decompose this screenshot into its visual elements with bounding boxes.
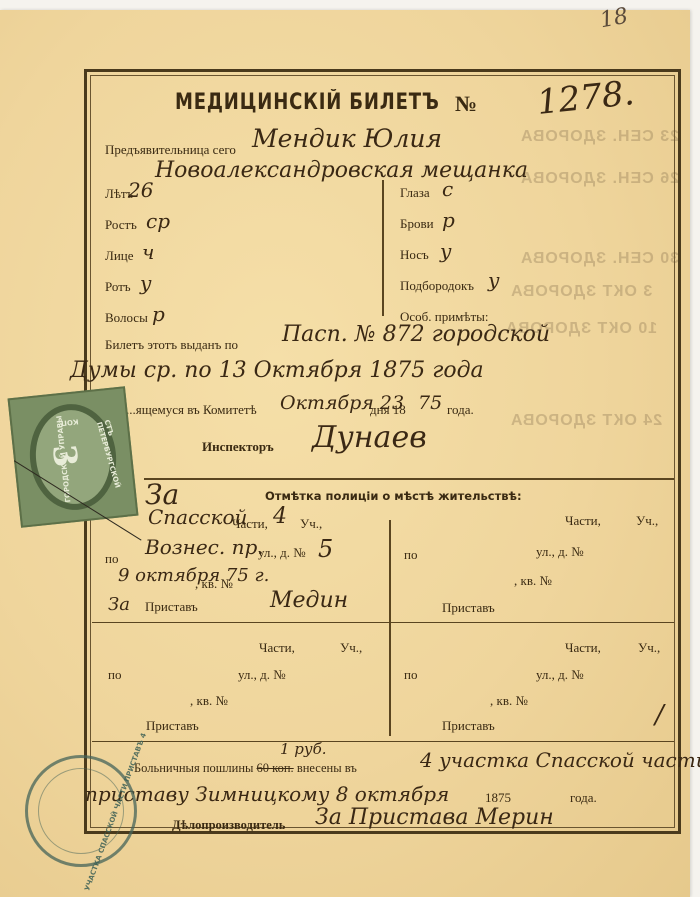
field-value-face: ч — [142, 240, 154, 264]
police-cell4-pristav: Приставъ — [442, 718, 495, 734]
year-hand: 75 — [418, 392, 442, 414]
police-cell1-part-label: Части, — [232, 516, 268, 532]
field-label-mouth: Ротъ — [105, 279, 131, 295]
field-value-height: ср — [146, 209, 170, 233]
column-divider — [382, 180, 384, 316]
police-cell2-part-label: Части, — [565, 513, 601, 529]
field-label-height: Ростъ — [105, 217, 137, 233]
police-cell3-part-label: Части, — [259, 640, 295, 656]
section-divider — [144, 478, 674, 480]
police-cell2-po: по — [404, 547, 417, 563]
bearer-description: Новоалександровская мещанка — [155, 158, 528, 183]
police-cell2-uch-label: Уч., — [636, 513, 658, 529]
police-cell2-pristav: Приставъ — [442, 600, 495, 616]
police-cell1-prefix: За — [108, 594, 130, 615]
year-suffix: года. — [447, 402, 474, 418]
police-cell2-house-label: ул., д. № — [536, 544, 584, 560]
day-label: дня 18 — [370, 402, 406, 418]
police-cell1-house: 5 — [318, 535, 333, 563]
fee-hand-line1: 4 участка Спасской части — [420, 748, 700, 772]
revenue-stamp: 3 ГОРОДСКОЙ УПРАВЫ СТЪ ПЕТЕРБУРГСКОЙ КОП… — [8, 386, 139, 528]
police-cell3-pristav: Приставъ — [146, 718, 199, 734]
field-value-mouth: у — [140, 271, 152, 295]
fee-hand-line2: приставу Зимницкому 8 октября — [85, 782, 449, 806]
fee-year: 1875 — [485, 790, 511, 806]
page-number: 18 — [598, 4, 630, 33]
field-value-hair: р — [152, 302, 165, 326]
field-value-eyes: с — [442, 177, 453, 201]
field-label-chin: Подбородокъ — [400, 278, 474, 294]
field-value-nose: у — [440, 239, 452, 263]
margin-mark: / — [655, 700, 664, 730]
clerk-signature: За Пристава Мерин — [315, 805, 554, 830]
field-label-brows: Брови — [400, 216, 434, 232]
police-cell2-apt-label: , кв. № — [514, 573, 552, 589]
field-value-age: 26 — [128, 178, 153, 202]
police-cell4-part-label: Части, — [565, 640, 601, 656]
field-value-brows: р — [442, 208, 455, 232]
police-cell1-uch: 4 — [273, 504, 287, 529]
police-cell3-uch-label: Уч., — [340, 640, 362, 656]
clerk-label: Дѣлопроизводитель — [172, 818, 285, 833]
committee-label: ...ящемуся въ Комитетѣ — [126, 402, 257, 418]
fee-mid: внесены въ — [297, 761, 357, 775]
field-label-nose: Носъ — [400, 247, 429, 263]
field-value-chin: у — [488, 268, 500, 292]
police-vertical-divider — [389, 520, 391, 736]
police-seal: УЧАСТКА СПАССКОЙ ЧАСТИ ПРИСТАВЪ 4 — [25, 755, 137, 867]
police-cell1-po: по — [105, 551, 118, 567]
field-label-face: Лице — [105, 248, 134, 264]
police-cell4-house-label: ул., д. № — [536, 667, 584, 683]
police-cell1-signature: Медин — [270, 588, 348, 613]
fee-prefix: Больничныя пошлины — [134, 761, 253, 775]
police-cell1-date: 9 октября 75 г. — [118, 565, 269, 586]
number-label: № — [455, 91, 477, 117]
police-cell4-uch-label: Уч., — [638, 640, 660, 656]
issued-line1: Пасп. № 872 городской — [282, 322, 550, 347]
police-cell1-uch-label: Уч., — [300, 516, 322, 532]
police-cell4-po: по — [404, 667, 417, 683]
police-cell3-apt-label: , кв. № — [190, 693, 228, 709]
fee-struck-amount: 60 коп. — [257, 761, 294, 775]
fee-label: Больничныя пошлины 60 коп. внесены въ — [134, 761, 357, 776]
issued-line2: Думы ср. по 13 Октября 1875 года — [70, 358, 484, 383]
fee-year-suffix: года. — [570, 790, 597, 806]
police-cell3-house-label: ул., д. № — [238, 667, 286, 683]
field-label-eyes: Глаза — [400, 185, 430, 201]
fee-amount-hand: 1 руб. — [280, 740, 327, 758]
inspector-label: Инспекторъ — [202, 439, 274, 455]
fee-divider — [92, 741, 674, 742]
inspector-signature: Дунаев — [312, 420, 427, 455]
police-horizontal-divider — [92, 622, 674, 623]
field-label-hair: Волосы — [105, 310, 148, 326]
police-cell3-po: по — [108, 667, 121, 683]
police-heading: Отмѣтка полиціи о мѣстѣ жительствѣ: — [265, 489, 522, 503]
police-cell4-apt-label: , кв. № — [490, 693, 528, 709]
police-cell1-house-label: ул., д. № — [258, 545, 306, 561]
bearer-label: Предъявительница сего — [105, 142, 236, 158]
issued-label: Билетъ этотъ выданъ по — [105, 337, 238, 353]
bearer-name: Мендик Юлия — [252, 124, 442, 153]
police-cell1-street: Вознес. пр. — [145, 535, 264, 559]
police-cell1-pristav: Приставъ — [145, 599, 198, 615]
page-title: МЕДИЦИНСКІЙ БИЛЕТЪ — [175, 90, 440, 115]
